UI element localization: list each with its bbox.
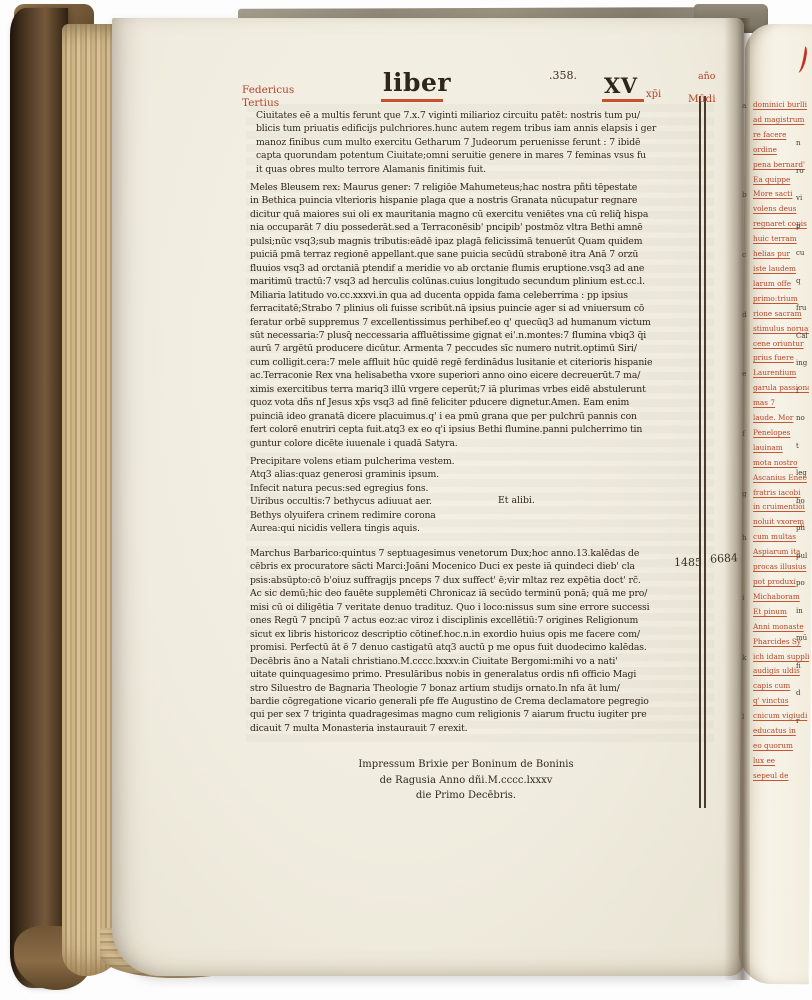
book-spine: [10, 8, 68, 988]
year-column-label-mundi: Mūdi: [688, 93, 716, 105]
anno-christi-value: 1485: [674, 556, 702, 569]
paragraph-marchus-barbarico: Marchus Barbarico:quintus 7 septuagesimu…: [250, 547, 708, 741]
paragraph-civitates: Ciuitates eē a multis ferunt que 7.x.7 v…: [256, 109, 708, 181]
next-leaf-marker-letters: a b c d e f g h i k l: [742, 99, 752, 789]
year-column-label-anno: año: [698, 71, 716, 82]
colophon: Impressum Brixie per Boninum de Boninis …: [330, 757, 602, 804]
next-leaf-edge-text-fragments: n ro vi p cu q fru Cal ing f no t leg bo…: [796, 130, 812, 750]
verse-et-alibi: Et alibi.: [498, 495, 535, 506]
book-numeral: XV: [604, 73, 638, 98]
margin-heading: Federicus Tertius: [242, 84, 294, 109]
folio-number: .358.: [549, 69, 577, 82]
year-column-label-christ: xp̄i: [646, 89, 661, 100]
rubric-underline-title: [381, 99, 443, 102]
book-photo: Federicus Tertius liber .358. XV año xp̄…: [0, 0, 812, 1000]
rubric-underline-numeral: [602, 99, 644, 102]
running-title: liber: [383, 68, 451, 97]
paragraph-meles-rex: Meles Bleusem rex: Maurus gener: 7 relig…: [250, 181, 708, 453]
anno-mundi-value: 6684: [710, 551, 739, 565]
